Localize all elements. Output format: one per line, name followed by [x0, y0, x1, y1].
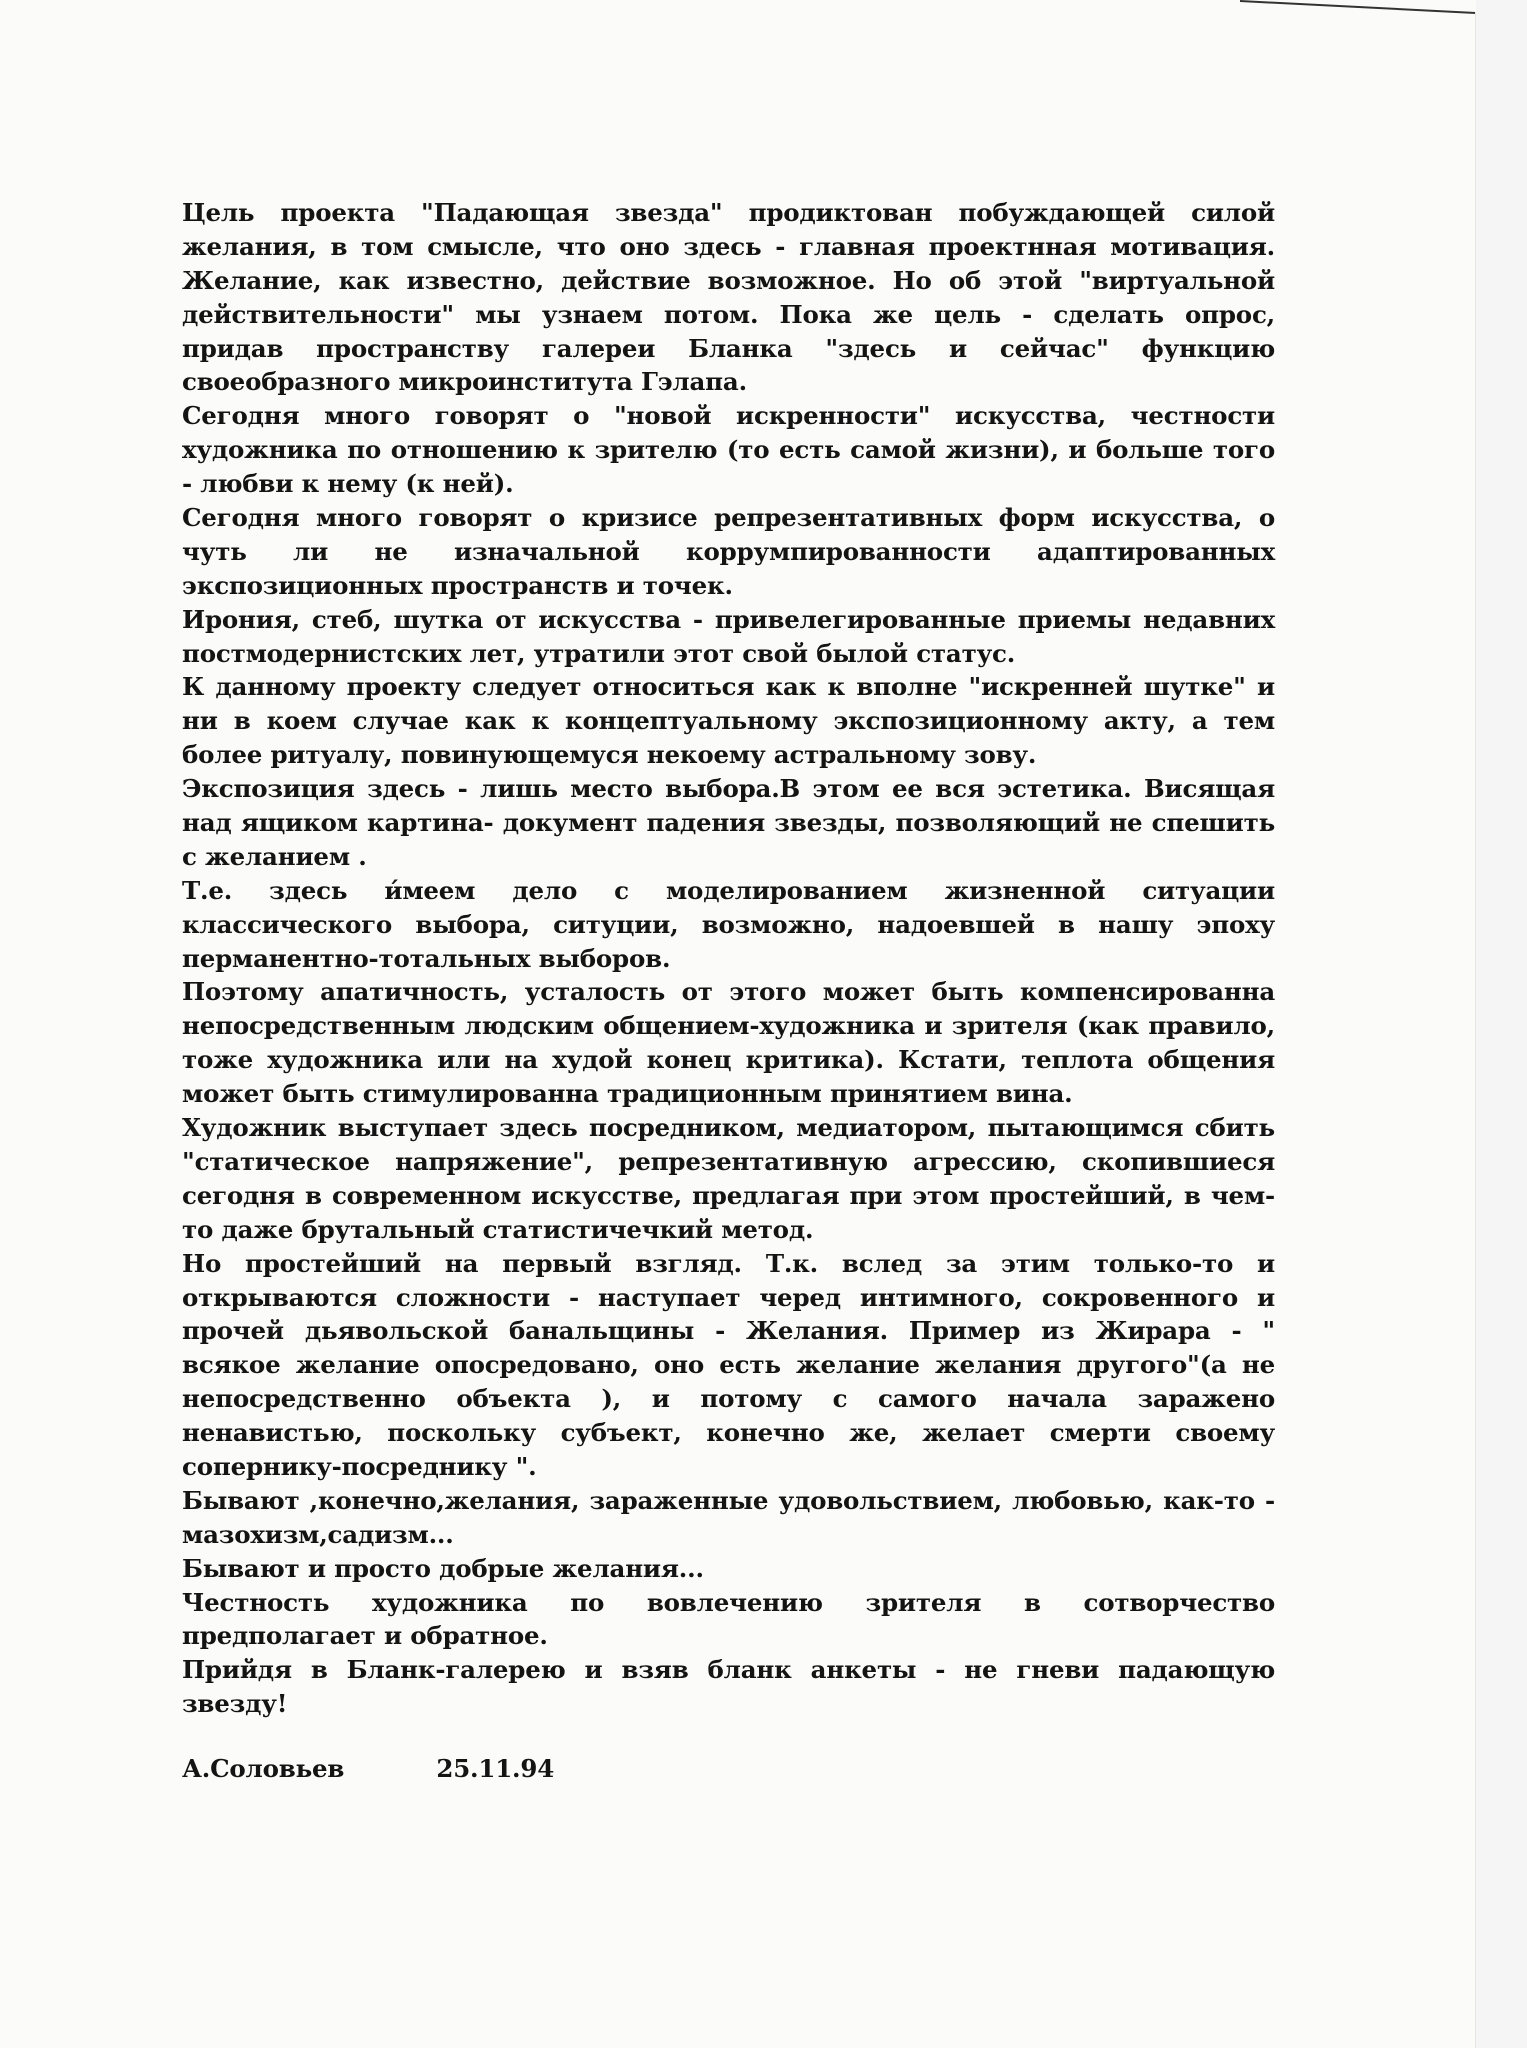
text-line: Но простейший на первый взгляд. Т.к. всл…	[182, 1247, 1275, 1281]
paragraph: Честность художника по вовлечению зрител…	[182, 1586, 1275, 1654]
paragraph: Ирония, стеб, шутка от искусства - приве…	[182, 603, 1275, 671]
scan-margin	[1476, 0, 1527, 2048]
text-line: Ирония, стеб, шутка от искусства - приве…	[182, 603, 1275, 637]
text-line: над ящиком картина- документ падения зве…	[182, 806, 1275, 840]
paragraph: Сегодня много говорят о кризисе репрезен…	[182, 501, 1275, 603]
text-line: более ритуалу, повинующемуся некоему аст…	[182, 738, 1275, 772]
text-line: может быть стимулированна традиционным п…	[182, 1077, 1275, 1111]
text-line: всякое желание опосредовано, оно есть же…	[182, 1348, 1275, 1382]
text-line: Художник выступает здесь посредником, ме…	[182, 1111, 1275, 1145]
paragraph: Но простейший на первый взгляд. Т.к. всл…	[182, 1247, 1275, 1484]
paragraph: К данному проекту следует относиться как…	[182, 670, 1275, 772]
text-line: Бывают и просто добрые желания...	[182, 1552, 1275, 1586]
text-line: то даже брутальный статистичечкий метод.	[182, 1213, 1275, 1247]
text-line: действительности" мы узнаем потом. Пока …	[182, 298, 1275, 332]
signature-block: А.Соловьев 25.11.94	[182, 1754, 554, 1783]
paragraph: Экспозиция здесь - лишь место выбора.В э…	[182, 772, 1275, 874]
text-line: ни в коем случае как к концептуальному э…	[182, 704, 1275, 738]
text-line: своеобразного микроинститута Гэлапа.	[182, 365, 1275, 399]
text-line: желания, в том смысле, что оно здесь - г…	[182, 230, 1275, 264]
text-line: перманентно-тотальных выборов.	[182, 942, 1275, 976]
text-line: предполагает и обратное.	[182, 1619, 1275, 1653]
text-line: Поэтому апатичность, усталость от этого …	[182, 975, 1275, 1009]
text-line: открываются сложности - наступает черед …	[182, 1281, 1275, 1315]
text-line: тоже художника или на худой конец критик…	[182, 1043, 1275, 1077]
text-line: придав пространству галереи Бланка "здес…	[182, 332, 1275, 366]
paragraph: Сегодня много говорят о "новой искреннос…	[182, 399, 1275, 501]
text-line: чуть ли не изначальной коррумпированност…	[182, 535, 1275, 569]
text-line: "статическое напряжение", репрезентативн…	[182, 1145, 1275, 1179]
text-line: сопернику-посреднику ".	[182, 1450, 1275, 1484]
text-line: Честность художника по вовлечению зрител…	[182, 1586, 1275, 1620]
text-line: Экспозиция здесь - лишь место выбора.В э…	[182, 772, 1275, 806]
document-body: Цель проекта "Падающая звезда" продиктов…	[182, 196, 1275, 1721]
text-line: с желанием .	[182, 840, 1275, 874]
text-line: Бывают ,конечно,желания, зараженные удов…	[182, 1484, 1275, 1518]
text-line: постмодернистских лет, утратили этот сво…	[182, 637, 1275, 671]
paragraph: Художник выступает здесь посредником, ме…	[182, 1111, 1275, 1247]
paragraph: Бывают ,конечно,желания, зараженные удов…	[182, 1484, 1275, 1552]
text-line: звезду!	[182, 1687, 1275, 1721]
text-line: Желание, как известно, действие возможно…	[182, 264, 1275, 298]
text-line: классического выбора, ситуции, возможно,…	[182, 908, 1275, 942]
paper-edge-top	[1240, 0, 1476, 14]
text-line: непосредственно объекта ), и потому с са…	[182, 1382, 1275, 1416]
paragraph: Бывают и просто добрые желания...	[182, 1552, 1275, 1586]
text-line: ненавистью, поскольку субъект, конечно ж…	[182, 1416, 1275, 1450]
text-line: непосредственным людским общением-художн…	[182, 1009, 1275, 1043]
text-line: прочей дьявольской банальщины - Желания.…	[182, 1314, 1275, 1348]
text-line: Сегодня много говорят о кризисе репрезен…	[182, 501, 1275, 535]
paragraph: Цель проекта "Падающая звезда" продиктов…	[182, 196, 1275, 399]
text-line: сегодня в современном искусстве, предлаг…	[182, 1179, 1275, 1213]
paragraph: Прийдя в Бланк-галерею и взяв бланк анке…	[182, 1653, 1275, 1721]
text-line: художника по отношению к зрителю (то ест…	[182, 433, 1275, 467]
text-line: Сегодня много говорят о "новой искреннос…	[182, 399, 1275, 433]
author-name: А.Соловьев	[182, 1754, 428, 1783]
text-line: экспозиционных пространств и точек.	[182, 569, 1275, 603]
paragraph: Поэтому апатичность, усталость от этого …	[182, 975, 1275, 1111]
text-line: Цель проекта "Падающая звезда" продиктов…	[182, 196, 1275, 230]
text-line: К данному проекту следует относиться как…	[182, 670, 1275, 704]
text-line: мазохизм,садизм...	[182, 1518, 1275, 1552]
text-line: Т.е. здесь и́меем дело с моделированием …	[182, 874, 1275, 908]
text-line: - любви к нему (к ней).	[182, 467, 1275, 501]
paper-edge-right	[1475, 12, 1476, 2048]
paragraph: Т.е. здесь и́меем дело с моделированием …	[182, 874, 1275, 976]
signature-date: 25.11.94	[436, 1754, 554, 1783]
text-line: Прийдя в Бланк-галерею и взяв бланк анке…	[182, 1653, 1275, 1687]
